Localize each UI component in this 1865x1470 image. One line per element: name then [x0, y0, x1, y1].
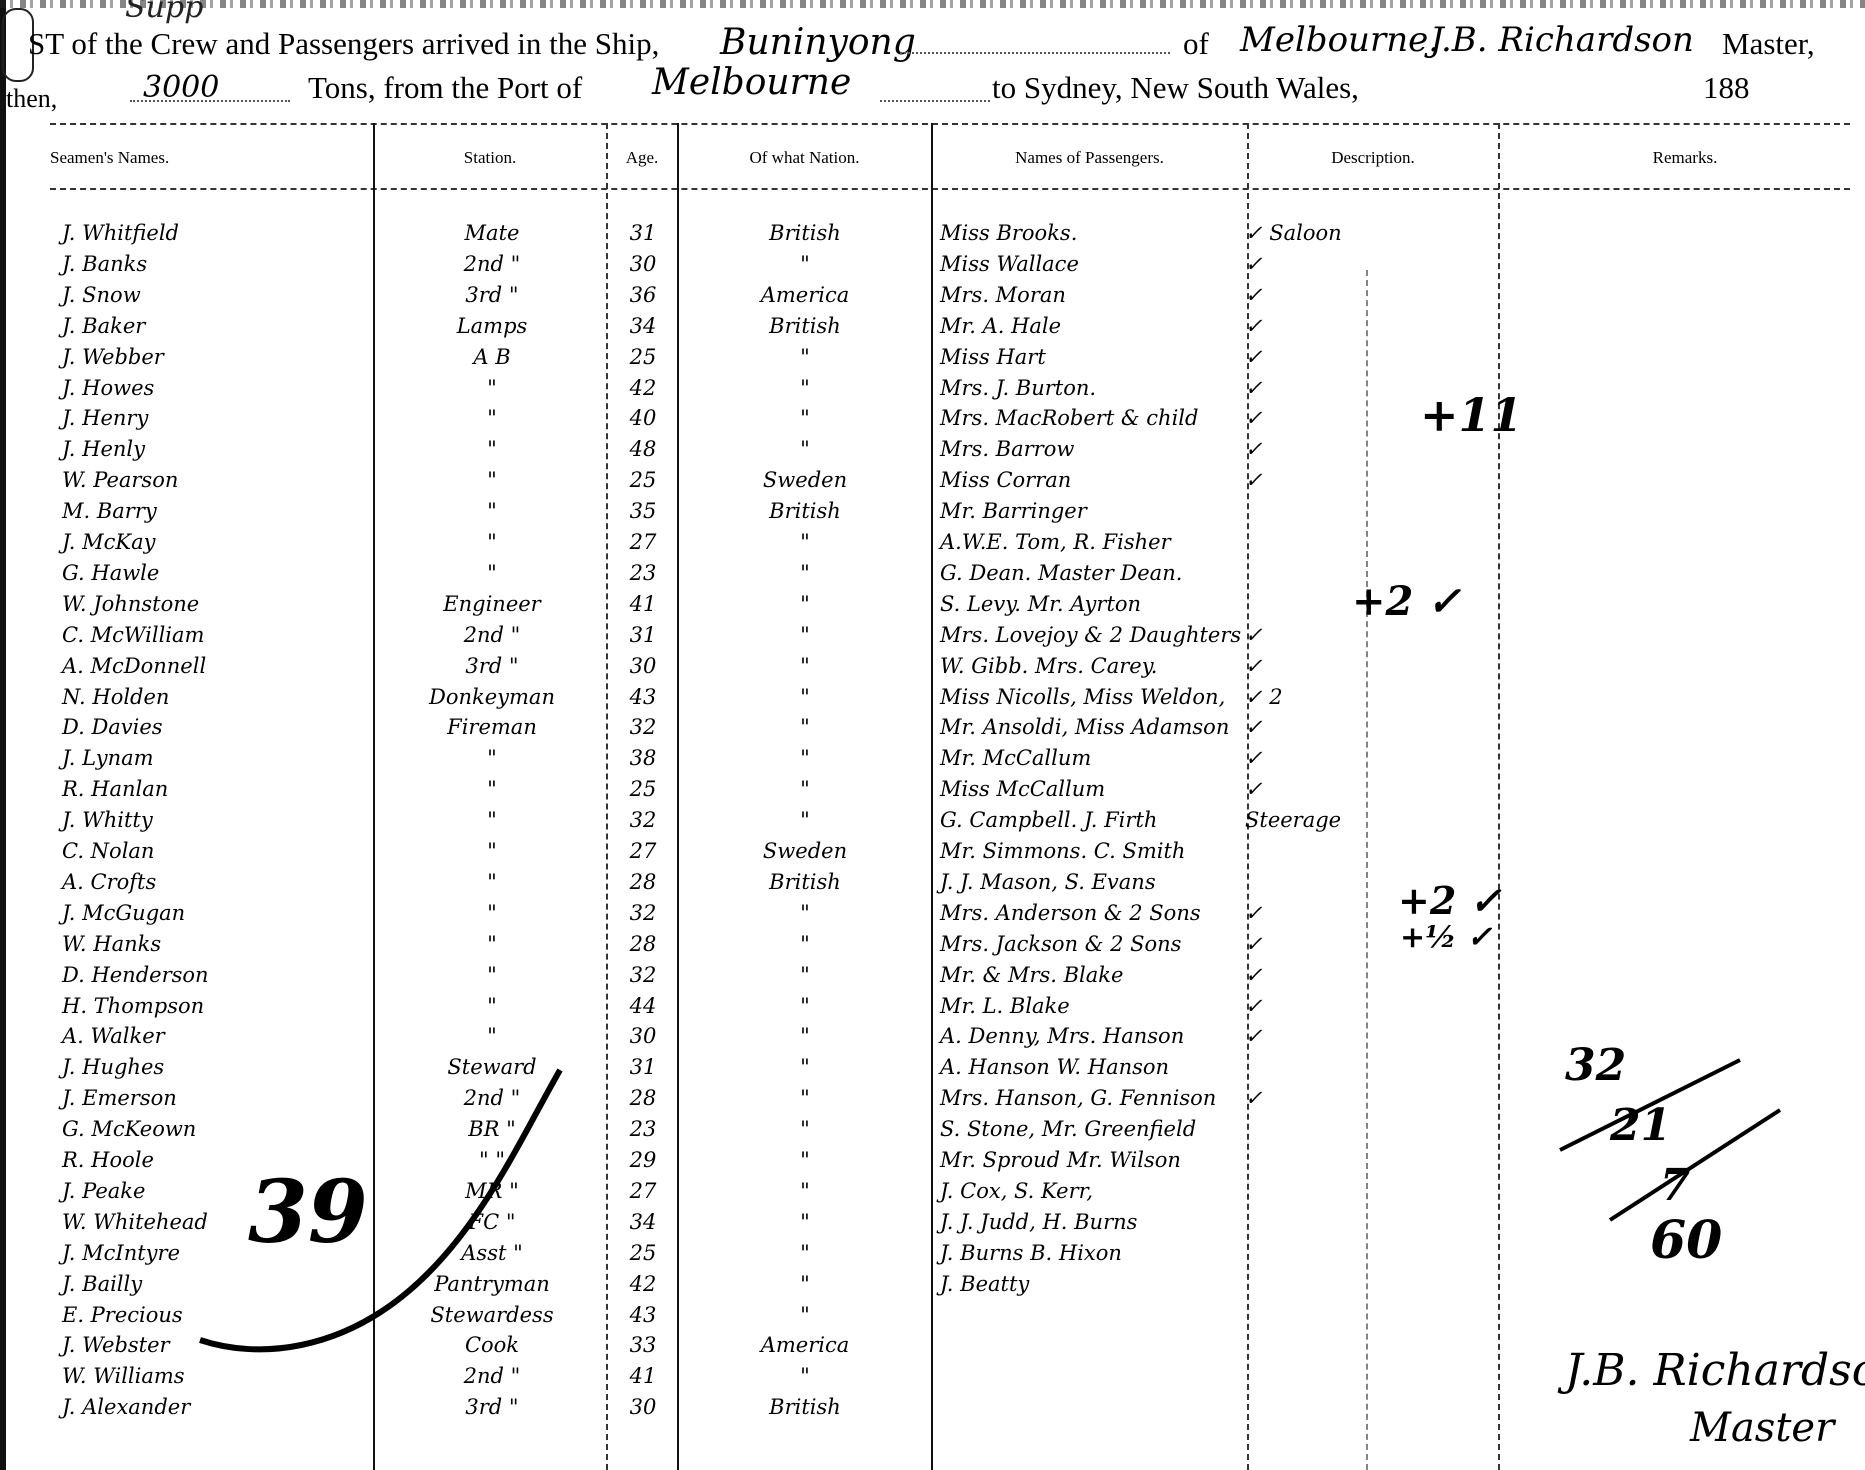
seaman-name: G. Hawle: [62, 558, 159, 589]
station-value: ": [378, 991, 606, 1022]
age-value: 41: [608, 589, 678, 620]
header-description: Description.: [1248, 148, 1498, 168]
age-value: 36: [608, 280, 678, 311]
of-label: of: [1183, 26, 1209, 62]
station-value: 3rd ": [378, 1392, 606, 1423]
age-value: 28: [608, 1083, 678, 1114]
tons-label: Tons, from the Port of: [308, 70, 582, 106]
table-row: J. Alexander 3rd " 30 British: [0, 1392, 1865, 1423]
age-value: 41: [608, 1361, 678, 1392]
age-value: 43: [608, 682, 678, 713]
seaman-name: W. Williams: [62, 1361, 185, 1392]
age-value: 23: [608, 1114, 678, 1145]
seaman-name: J. Peake: [62, 1176, 145, 1207]
table-row: J. Lynam " 38 " Mr. McCallum ✓: [0, 743, 1865, 774]
age-value: 28: [608, 929, 678, 960]
station-value: ": [378, 805, 606, 836]
burthen-label: then,: [6, 84, 57, 114]
station-value: 3rd ": [378, 651, 606, 682]
description-value: ✓: [1245, 249, 1505, 280]
seaman-name: A. Walker: [62, 1021, 165, 1052]
nation-value: Sweden: [680, 465, 930, 496]
passenger-name: Miss Wallace: [940, 249, 1079, 280]
plus-half-annotation: +½ ✓: [1400, 920, 1492, 955]
nation-value: ": [680, 1052, 930, 1083]
seaman-name: W. Pearson: [62, 465, 178, 496]
seaman-name: D. Davies: [62, 712, 163, 743]
age-value: 40: [608, 403, 678, 434]
passenger-name: Miss Nicolls, Miss Weldon,: [940, 682, 1225, 713]
age-value: 35: [608, 496, 678, 527]
age-value: 29: [608, 1145, 678, 1176]
nation-value: ": [680, 1114, 930, 1145]
destination: to Sydney, New South Wales,: [992, 70, 1359, 106]
table-row: J. Henry " 40 " Mrs. MacRobert & child ✓: [0, 403, 1865, 434]
header-top-rule: [50, 123, 1850, 125]
description-value: ✓: [1245, 1021, 1505, 1052]
description-value: ✓ Saloon: [1245, 218, 1505, 249]
table-row: N. Holden Donkeyman 43 " Miss Nicolls, M…: [0, 682, 1865, 713]
station-value: ": [378, 434, 606, 465]
nation-value: America: [680, 1330, 930, 1361]
age-value: 34: [608, 1207, 678, 1238]
age-value: 25: [608, 774, 678, 805]
passenger-name: Mr. Simmons. C. Smith: [940, 836, 1185, 867]
nation-value: ": [680, 1207, 930, 1238]
table-row: G. Hawle " 23 " G. Dean. Master Dean.: [0, 558, 1865, 589]
table-row: H. Thompson " 44 " Mr. L. Blake ✓: [0, 991, 1865, 1022]
nation-value: ": [680, 558, 930, 589]
description-value: ✓: [1245, 774, 1505, 805]
nation-value: ": [680, 527, 930, 558]
nation-value: ": [680, 434, 930, 465]
seaman-name: J. Webber: [62, 342, 164, 373]
station-value: ": [378, 403, 606, 434]
passenger-name: Mr. A. Hale: [940, 311, 1061, 342]
seaman-name: D. Henderson: [62, 960, 209, 991]
table-row: D. Davies Fireman 32 " Mr. Ansoldi, Miss…: [0, 712, 1865, 743]
title-line-1: ST of the Crew and Passengers arrived in…: [28, 26, 659, 62]
passenger-name: Mrs. Lovejoy & 2 Daughters: [940, 620, 1241, 651]
passenger-name: Miss Brooks.: [940, 218, 1077, 249]
master-signature-title: Master: [1690, 1405, 1834, 1451]
passenger-name: Mrs. Hanson, G. Fennison: [940, 1083, 1216, 1114]
nation-value: ": [680, 1238, 930, 1269]
nation-value: ": [680, 1021, 930, 1052]
nation-value: British: [680, 1392, 930, 1423]
station-value: ": [378, 867, 606, 898]
from-port: Melbourne: [652, 62, 851, 103]
table-row: M. Barry " 35 British Mr. Barringer: [0, 496, 1865, 527]
ship-name: Buninyong: [720, 22, 916, 63]
header-age: Age.: [607, 148, 677, 168]
passenger-name: Mrs. J. Burton.: [940, 373, 1096, 404]
nation-value: ": [680, 1300, 930, 1331]
passenger-name: Mrs. Jackson & 2 Sons: [940, 929, 1181, 960]
passenger-name: A. Denny, Mrs. Hanson: [940, 1021, 1184, 1052]
year-prefix: 188: [1703, 70, 1750, 106]
passenger-name: Mr. Barringer: [940, 496, 1087, 527]
seaman-name: J. Hughes: [62, 1052, 164, 1083]
seaman-name: J. Webster: [62, 1330, 170, 1361]
master-label: Master,: [1722, 26, 1815, 62]
description-value: Steerage: [1245, 805, 1505, 836]
nation-value: ": [680, 1361, 930, 1392]
passenger-name: Mrs. Anderson & 2 Sons: [940, 898, 1201, 929]
seaman-name: H. Thompson: [62, 991, 204, 1022]
age-value: 30: [608, 1392, 678, 1423]
passenger-name: A.W.E. Tom, R. Fisher: [940, 527, 1171, 558]
nation-value: ": [680, 1145, 930, 1176]
age-value: 25: [608, 465, 678, 496]
passenger-name: J. J. Judd, H. Burns: [940, 1207, 1137, 1238]
passenger-name: S. Stone, Mr. Greenfield: [940, 1114, 1196, 1145]
nation-value: ": [680, 712, 930, 743]
nation-value: ": [680, 373, 930, 404]
station-value: Donkeyman: [378, 682, 606, 713]
seaman-name: C. McWilliam: [62, 620, 204, 651]
table-row: W. Johnstone Engineer 41 " S. Levy. Mr. …: [0, 589, 1865, 620]
seaman-name: W. Johnstone: [62, 589, 199, 620]
description-value: ✓: [1245, 712, 1505, 743]
seaman-name: N. Holden: [62, 682, 169, 713]
passenger-name: Mr. L. Blake: [940, 991, 1070, 1022]
nation-value: British: [680, 496, 930, 527]
seaman-name: R. Hanlan: [62, 774, 168, 805]
age-value: 30: [608, 1021, 678, 1052]
nation-value: ": [680, 960, 930, 991]
passenger-name: J. J. Mason, S. Evans: [940, 867, 1156, 898]
header-passengers: Names of Passengers.: [932, 148, 1247, 168]
seaman-name: C. Nolan: [62, 836, 154, 867]
nation-value: ": [680, 991, 930, 1022]
seaman-name: M. Barry: [62, 496, 157, 527]
nation-value: ": [680, 805, 930, 836]
port-dots: [880, 100, 990, 102]
master-signature: J.B. Richardson: [1565, 1345, 1865, 1396]
ship-dots: [900, 52, 1170, 54]
age-value: 25: [608, 342, 678, 373]
table-row: D. Henderson " 32 " Mr. & Mrs. Blake ✓: [0, 960, 1865, 991]
age-value: 27: [608, 527, 678, 558]
age-value: 48: [608, 434, 678, 465]
age-value: 42: [608, 1269, 678, 1300]
passenger-name: G. Campbell. J. Firth: [940, 805, 1157, 836]
age-value: 27: [608, 1176, 678, 1207]
nation-value: ": [680, 1269, 930, 1300]
description-value: ✓: [1245, 342, 1505, 373]
scan-top-edge: [0, 0, 1865, 8]
seaman-name: E. Precious: [62, 1300, 183, 1331]
passenger-name: A. Hanson W. Hanson: [940, 1052, 1169, 1083]
title-prefix: ST of the Crew and Passengers arrived in…: [28, 26, 659, 61]
age-value: 42: [608, 373, 678, 404]
station-value: ": [378, 373, 606, 404]
age-value: 31: [608, 620, 678, 651]
age-value: 30: [608, 651, 678, 682]
passenger-name: W. Gibb. Mrs. Carey.: [940, 651, 1157, 682]
nation-value: ": [680, 774, 930, 805]
description-value: ✓: [1245, 743, 1505, 774]
age-value: 34: [608, 311, 678, 342]
home-port: Melbourne.: [1240, 20, 1439, 60]
nation-value: ": [680, 620, 930, 651]
passenger-name: J. Cox, S. Kerr,: [940, 1176, 1093, 1207]
station-value: ": [378, 496, 606, 527]
passenger-name: J. Beatty: [940, 1269, 1029, 1300]
age-value: 28: [608, 867, 678, 898]
seaman-name: J. McKay: [62, 527, 155, 558]
plus-two-annotation-b: +2 ✓: [1398, 878, 1501, 923]
plus-eleven-annotation: +11: [1420, 388, 1523, 442]
description-value: ✓: [1245, 1083, 1505, 1114]
age-value: 30: [608, 249, 678, 280]
nation-value: ": [680, 342, 930, 373]
nation-value: ": [680, 898, 930, 929]
station-value: 2nd ": [378, 1361, 606, 1392]
table-row: R. Hanlan " 25 " Miss McCallum ✓: [0, 774, 1865, 805]
seaman-name: J. Bailly: [62, 1269, 142, 1300]
age-value: 27: [608, 836, 678, 867]
table-row: A. McDonnell 3rd " 30 " W. Gibb. Mrs. Ca…: [0, 651, 1865, 682]
nation-value: British: [680, 311, 930, 342]
passenger-name: Miss Hart: [940, 342, 1046, 373]
seaman-name: A. McDonnell: [62, 651, 206, 682]
nation-value: ": [680, 651, 930, 682]
seaman-name: J. Alexander: [62, 1392, 190, 1423]
description-value: ✓: [1245, 960, 1505, 991]
header-nation: Of what Nation.: [678, 148, 931, 168]
age-value: 38: [608, 743, 678, 774]
age-value: 32: [608, 805, 678, 836]
age-value: 31: [608, 218, 678, 249]
passenger-name: G. Dean. Master Dean.: [940, 558, 1182, 589]
seaman-name: R. Hoole: [62, 1145, 154, 1176]
table-row: J. Whitty " 32 " G. Campbell. J. Firth S…: [0, 805, 1865, 836]
seaman-name: J. Lynam: [62, 743, 154, 774]
large-check-stroke: [180, 1060, 580, 1360]
table-row: J. Snow 3rd " 36 America Mrs. Moran ✓: [0, 280, 1865, 311]
seaman-name: J. Baker: [62, 311, 145, 342]
station-value: ": [378, 898, 606, 929]
header-bottom-rule: [50, 188, 1850, 190]
table-row: J. Baker Lamps 34 British Mr. A. Hale ✓: [0, 311, 1865, 342]
seaman-name: W. Hanks: [62, 929, 161, 960]
nation-value: ": [680, 743, 930, 774]
passenger-name: Mr. Sproud Mr. Wilson: [940, 1145, 1181, 1176]
age-value: 32: [608, 960, 678, 991]
station-value: 2nd ": [378, 249, 606, 280]
seaman-name: J. Whitfield: [62, 218, 179, 249]
description-value: ✓: [1245, 311, 1505, 342]
table-row: W. Pearson " 25 Sweden Miss Corran ✓: [0, 465, 1865, 496]
station-value: ": [378, 836, 606, 867]
nation-value: ": [680, 682, 930, 713]
passenger-name: S. Levy. Mr. Ayrton: [940, 589, 1141, 620]
passenger-name: Miss McCallum: [940, 774, 1105, 805]
station-value: ": [378, 960, 606, 991]
plus-two-annotation-a: +2 ✓: [1352, 578, 1461, 625]
seaman-name: J. Emerson: [62, 1083, 177, 1114]
passenger-name: Mr. Ansoldi, Miss Adamson: [940, 712, 1229, 743]
age-value: 44: [608, 991, 678, 1022]
station-value: ": [378, 465, 606, 496]
age-value: 31: [608, 1052, 678, 1083]
station-value: ": [378, 1021, 606, 1052]
seaman-name: J. Whitty: [62, 805, 153, 836]
passenger-name: J. Burns B. Hixon: [940, 1238, 1122, 1269]
tons-dots: [130, 100, 290, 102]
master-name: J.B. Richardson: [1430, 20, 1694, 60]
table-row: J. Banks 2nd " 30 " Miss Wallace ✓: [0, 249, 1865, 280]
table-row: J. Howes " 42 " Mrs. J. Burton. ✓: [0, 373, 1865, 404]
description-value: ✓: [1245, 465, 1505, 496]
seaman-name: G. McKeown: [62, 1114, 196, 1145]
passenger-name: Mrs. MacRobert & child: [940, 403, 1198, 434]
age-value: 43: [608, 1300, 678, 1331]
passenger-name: Mrs. Barrow: [940, 434, 1074, 465]
description-value: ✓: [1245, 651, 1505, 682]
table-row: A. Crofts " 28 British J. J. Mason, S. E…: [0, 867, 1865, 898]
seaman-name: J. McIntyre: [62, 1238, 180, 1269]
header-seamen-names: Seamen's Names.: [40, 148, 310, 168]
seaman-name: J. Snow: [62, 280, 141, 311]
age-value: 32: [608, 712, 678, 743]
station-value: A B: [378, 342, 606, 373]
table-row: J. Henly " 48 " Mrs. Barrow ✓: [0, 434, 1865, 465]
station-value: ": [378, 558, 606, 589]
passenger-name: Mr. & Mrs. Blake: [940, 960, 1123, 991]
station-value: Lamps: [378, 311, 606, 342]
station-value: Mate: [378, 218, 606, 249]
seaman-name: J. Henly: [62, 434, 145, 465]
age-value: 33: [608, 1330, 678, 1361]
age-value: 32: [608, 898, 678, 929]
top-scribble: Supp: [125, 0, 203, 25]
description-value: ✓ 2: [1245, 682, 1505, 713]
seaman-name: J. Howes: [62, 373, 154, 404]
passenger-name: Mr. McCallum: [940, 743, 1091, 774]
nation-value: British: [680, 218, 930, 249]
age-value: 23: [608, 558, 678, 589]
tally-strokes: [1550, 1040, 1790, 1260]
station-value: 3rd ": [378, 280, 606, 311]
nation-value: ": [680, 403, 930, 434]
station-value: 2nd ": [378, 620, 606, 651]
nation-value: ": [680, 929, 930, 960]
seaman-name: J. Banks: [62, 249, 147, 280]
age-value: 25: [608, 1238, 678, 1269]
nation-value: America: [680, 280, 930, 311]
description-value: ✓: [1245, 280, 1505, 311]
seaman-name: J. McGugan: [62, 898, 185, 929]
table-row: C. Nolan " 27 Sweden Mr. Simmons. C. Smi…: [0, 836, 1865, 867]
station-value: ": [378, 929, 606, 960]
description-value: ✓: [1245, 991, 1505, 1022]
header-station: Station.: [374, 148, 606, 168]
passenger-name: Miss Corran: [940, 465, 1071, 496]
seaman-name: A. Crofts: [62, 867, 156, 898]
seaman-name: J. Henry: [62, 403, 148, 434]
station-value: Fireman: [378, 712, 606, 743]
table-row: J. Whitfield Mate 31 British Miss Brooks…: [0, 218, 1865, 249]
station-value: ": [378, 743, 606, 774]
table-row: W. Hanks " 28 " Mrs. Jackson & 2 Sons ✓: [0, 929, 1865, 960]
nation-value: ": [680, 1083, 930, 1114]
station-value: ": [378, 527, 606, 558]
nation-value: British: [680, 867, 930, 898]
station-value: ": [378, 774, 606, 805]
table-row: J. McGugan " 32 " Mrs. Anderson & 2 Sons…: [0, 898, 1865, 929]
nation-value: ": [680, 1176, 930, 1207]
table-row: J. McKay " 27 " A.W.E. Tom, R. Fisher: [0, 527, 1865, 558]
passenger-name: Mrs. Moran: [940, 280, 1066, 311]
station-value: Engineer: [378, 589, 606, 620]
header-remarks: Remarks.: [1560, 148, 1810, 168]
table-row: J. Webber A B 25 " Miss Hart ✓: [0, 342, 1865, 373]
nation-value: Sweden: [680, 836, 930, 867]
nation-value: ": [680, 249, 930, 280]
nation-value: ": [680, 589, 930, 620]
table-row: C. McWilliam 2nd " 31 " Mrs. Lovejoy & 2…: [0, 620, 1865, 651]
